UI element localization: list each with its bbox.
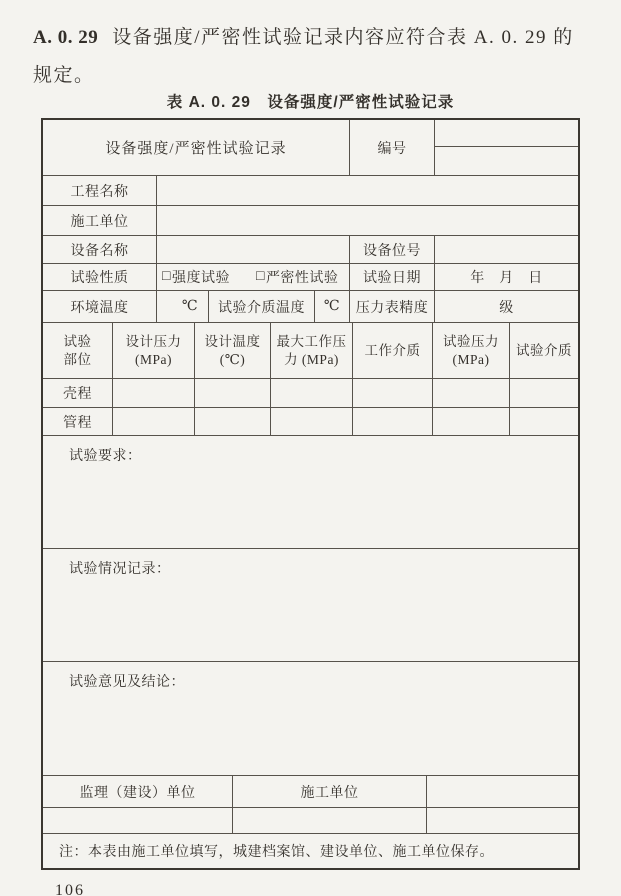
test-conclusion-label: 试验意见及结论： — [69, 671, 185, 691]
project-name-label: 工程名称 — [43, 176, 157, 206]
page-number: 106 — [55, 882, 85, 896]
serial-value-bottom — [435, 147, 578, 175]
table-caption: 表 A. 0. 29 设备强度/严密性试验记录 — [41, 90, 580, 112]
strength-test-option: □强度试验 — [162, 267, 230, 287]
strength-test-label: 强度试验 — [172, 267, 230, 287]
serial-label: 编号 — [350, 120, 435, 176]
signature-blank-cell — [427, 808, 578, 834]
note-cell: 注：本表由施工单位填写，城建档案馆、建设单位、施工单位保存。 — [43, 834, 578, 868]
temperature-row: 环境温度 ℃ 试验介质温度 ℃ 压力表精度 级 — [43, 291, 578, 323]
test-requirements-section: 试验要求： — [43, 436, 578, 549]
construction-unit-value — [157, 206, 578, 236]
equipment-name-value — [157, 236, 350, 264]
gauge-accuracy-label: 压力表精度 — [350, 291, 435, 323]
checkbox-tightness-icon: □ — [256, 269, 265, 285]
tube-side-row: 管程 — [43, 408, 578, 436]
test-date-label: 试验日期 — [350, 264, 435, 291]
tube-test-pressure-value — [433, 408, 510, 436]
test-record-label: 试验情况记录： — [69, 558, 171, 578]
form-title: 设备强度/严密性试验记录 — [43, 120, 350, 176]
clause-number: A. 0. 29 — [33, 27, 98, 48]
document-page: A. 0. 29设备强度/严密性试验记录内容应符合表 A. 0. 29 的 规定… — [0, 0, 621, 896]
project-name-row: 工程名称 — [43, 176, 578, 206]
shell-design-temp-value — [195, 379, 271, 408]
shell-design-pressure-value — [113, 379, 195, 408]
tightness-test-label: 严密性试验 — [266, 267, 339, 287]
test-conclusion-section: 试验意见及结论： — [43, 662, 578, 776]
shell-test-medium-value — [510, 379, 578, 408]
tube-working-medium-value — [353, 408, 433, 436]
spec-header-row: 试验部位 设计压力(MPa) 设计温度(℃) 最大工作压力 (MPa) 工作介质… — [43, 323, 578, 379]
supervisor-signature-value — [43, 808, 233, 834]
test-date-value: 年 月 日 — [435, 264, 578, 291]
note-row: 注：本表由施工单位填写，城建档案馆、建设单位、施工单位保存。 — [43, 834, 578, 868]
shell-test-pressure-value — [433, 379, 510, 408]
clause-line-1: A. 0. 29设备强度/严密性试验记录内容应符合表 A. 0. 29 的 — [33, 19, 593, 57]
serial-value-cells — [435, 120, 578, 176]
project-name-value — [157, 176, 578, 206]
gauge-accuracy-unit: 级 — [435, 291, 578, 323]
record-form-table: 设备强度/严密性试验记录 编号 工程名称 施工单位 设备名称 设备位号 试验性质 — [41, 118, 580, 870]
constructor-signature-value — [233, 808, 427, 834]
serial-value-top — [435, 120, 578, 147]
medium-temp-unit: ℃ — [315, 291, 350, 323]
tube-design-pressure-value — [113, 408, 195, 436]
signature-blank-row — [43, 808, 578, 834]
test-requirements-label: 试验要求： — [69, 445, 142, 465]
tube-side-label: 管程 — [43, 408, 113, 436]
header-max-working-pressure: 最大工作压力 (MPa) — [271, 323, 353, 379]
test-record-row: 试验情况记录： — [43, 549, 578, 662]
header-working-medium: 工作介质 — [353, 323, 433, 379]
tube-design-temp-value — [195, 408, 271, 436]
shell-side-label: 壳程 — [43, 379, 113, 408]
shell-max-pressure-value — [271, 379, 353, 408]
clause-text: 设备强度/严密性试验记录内容应符合表 A. 0. 29 的 — [112, 27, 574, 48]
test-requirements-row: 试验要求： — [43, 436, 578, 549]
clause-paragraph: A. 0. 29设备强度/严密性试验记录内容应符合表 A. 0. 29 的 规定… — [33, 19, 593, 95]
construction-unit-label: 施工单位 — [43, 206, 157, 236]
header-test-part: 试验部位 — [43, 323, 113, 379]
constructor-unit-label: 施工单位 — [233, 776, 427, 808]
signature-header-row: 监理（建设）单位 施工单位 — [43, 776, 578, 808]
tightness-test-option: □严密性试验 — [256, 267, 338, 287]
test-nature-label: 试验性质 — [43, 264, 157, 291]
test-nature-options: □强度试验 □严密性试验 — [157, 264, 350, 291]
shell-working-medium-value — [353, 379, 433, 408]
tube-test-medium-value — [510, 408, 578, 436]
equipment-name-label: 设备名称 — [43, 236, 157, 264]
note-text: 注：本表由施工单位填写，城建档案馆、建设单位、施工单位保存。 — [59, 841, 494, 861]
title-row: 设备强度/严密性试验记录 编号 — [43, 120, 578, 176]
test-record-section: 试验情况记录： — [43, 549, 578, 662]
supervisor-unit-label: 监理（建设）单位 — [43, 776, 233, 808]
header-design-temp: 设计温度(℃) — [195, 323, 271, 379]
header-test-pressure: 试验压力(MPa) — [433, 323, 510, 379]
signature-header-blank — [427, 776, 578, 808]
construction-unit-row: 施工单位 — [43, 206, 578, 236]
equipment-tag-value — [435, 236, 578, 264]
ambient-temp-label: 环境温度 — [43, 291, 157, 323]
checkbox-strength-icon: □ — [162, 269, 171, 285]
test-conclusion-row: 试验意见及结论： — [43, 662, 578, 776]
shell-side-row: 壳程 — [43, 379, 578, 408]
equipment-row: 设备名称 设备位号 — [43, 236, 578, 264]
medium-temp-label: 试验介质温度 — [209, 291, 315, 323]
ambient-temp-unit: ℃ — [157, 291, 209, 323]
test-nature-row: 试验性质 □强度试验 □严密性试验 试验日期 年 月 日 — [43, 264, 578, 291]
header-design-pressure: 设计压力(MPa) — [113, 323, 195, 379]
equipment-tag-label: 设备位号 — [350, 236, 435, 264]
header-test-medium: 试验介质 — [510, 323, 578, 379]
tube-max-pressure-value — [271, 408, 353, 436]
